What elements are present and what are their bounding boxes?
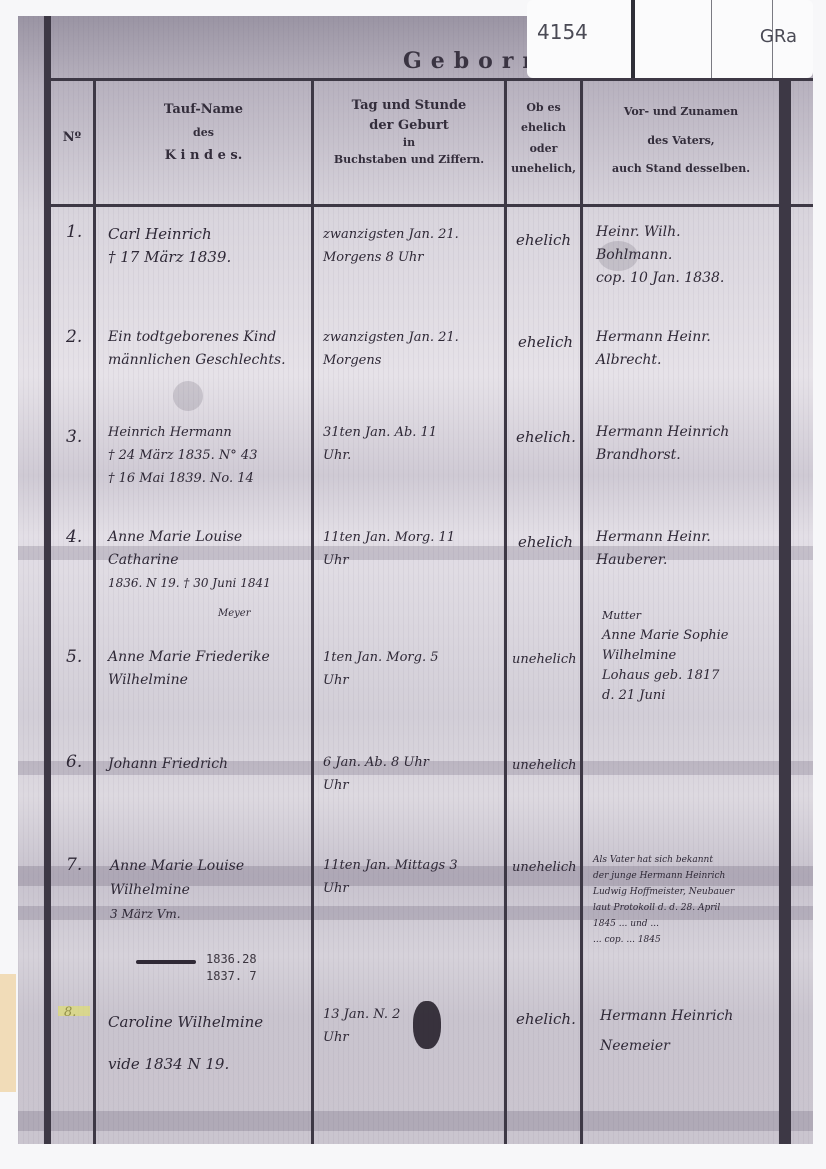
- child-name: Caroline Wilhelmine vide 1834 N 19.: [108, 1001, 263, 1085]
- father-name: Hermann Heinrich Brandhorst.: [596, 421, 729, 467]
- header-child-name: Tauf-Name des K i n d e s.: [96, 98, 311, 168]
- father-acknowledgement: Als Vater hat sich bekannt der junge Her…: [593, 852, 734, 948]
- header-bottom-rule: [51, 204, 813, 207]
- highlighter-mark: [58, 1006, 90, 1016]
- entry-number: 4.: [66, 526, 82, 549]
- label-divider: [711, 0, 712, 78]
- archive-label: 4154 GRa: [527, 0, 813, 78]
- legitimacy: ehelich: [518, 531, 573, 554]
- header-birth-date: Tag und Stunde der Geburt in Buchstaben …: [314, 96, 504, 168]
- child-name: Anne Marie Louise Wilhelmine 3 März Vm.: [110, 854, 244, 926]
- legitimacy: ehelich: [516, 229, 571, 252]
- entry-number: 1.: [66, 221, 82, 244]
- birth-date: 31ten Jan. Ab. 11 Uhr.: [323, 421, 437, 467]
- mother-name: Mutter Anne Marie Sophie Wilhelmine Loha…: [602, 606, 729, 706]
- entry-number: 6.: [66, 751, 82, 774]
- outer-rule-left: [44, 16, 51, 1144]
- column-rule: [93, 80, 96, 1144]
- entry-number: 2.: [66, 326, 82, 349]
- outer-rule-right: [779, 78, 791, 1144]
- shadow-band: [18, 1111, 813, 1131]
- birth-date: zwanzigsten Jan. 21. Morgens: [323, 326, 459, 372]
- father-name: Hermann Heinr. Albrecht.: [596, 326, 711, 372]
- birth-date: 6 Jan. Ab. 8 Uhr Uhr: [323, 751, 429, 797]
- child-name: Carl Heinrich † 17 März 1839.: [108, 223, 231, 269]
- child-name-note: Meyer: [218, 606, 251, 621]
- header-legitimacy: Ob es ehelich oder unehelich,: [507, 98, 580, 179]
- entry-number: 3.: [66, 426, 82, 449]
- child-name: Anne Marie Friederike Wilhelmine: [108, 646, 270, 692]
- archive-code: GRa: [760, 26, 797, 47]
- birth-date: zwanzigsten Jan. 21. Morgens 8 Uhr: [323, 223, 459, 269]
- entry-number: 7.: [66, 854, 82, 877]
- header-number: Nº: [51, 128, 93, 148]
- header-rule: [51, 78, 813, 81]
- column-rule: [504, 80, 507, 1144]
- strikethrough: [136, 960, 196, 964]
- paper-tab: [0, 974, 16, 1092]
- ink-blot: [413, 1001, 441, 1049]
- column-rule: [311, 80, 314, 1144]
- legitimacy: unehelich: [512, 754, 576, 777]
- pencil-note: 1836.281837. 7: [206, 951, 257, 985]
- stain: [173, 381, 203, 411]
- header-father: Vor- und Zunamen des Vaters, auch Stand …: [583, 98, 779, 184]
- birth-date: 11ten Jan. Mittags 3 Uhr: [323, 854, 458, 900]
- column-rule: [580, 80, 583, 1144]
- child-name: Heinrich Hermann † 24 März 1835. N° 43 †…: [108, 421, 257, 490]
- birth-date: 11ten Jan. Morg. 11 Uhr: [323, 526, 455, 572]
- father-name: Hermann Heinr. Hauberer.: [596, 526, 711, 572]
- birth-date: 13 Jan. N. 2 Uhr: [323, 1003, 400, 1049]
- entry-number: 5.: [66, 646, 82, 669]
- father-name: Hermann Heinrich Neemeier: [600, 1001, 733, 1061]
- child-name: Ein todtgeborenes Kind männlichen Geschl…: [108, 326, 286, 372]
- register-page: Geborn... Nº Tauf-Name des K i n d e s. …: [18, 16, 813, 1144]
- legitimacy: ehelich: [518, 331, 573, 354]
- legitimacy: unehelich: [512, 856, 576, 879]
- archive-number: 4154: [537, 20, 588, 44]
- label-divider: [631, 0, 635, 78]
- legitimacy: ehelich.: [516, 426, 576, 449]
- legitimacy: ehelich.: [516, 1008, 576, 1031]
- child-name: Johann Friedrich: [108, 753, 228, 776]
- father-name: Heinr. Wilh. Bohlmann. cop. 10 Jan. 1838…: [596, 221, 724, 290]
- birth-date: 1ten Jan. Morg. 5 Uhr: [323, 646, 439, 692]
- child-name: Anne Marie Louise Catharine 1836. N 19. …: [108, 526, 271, 595]
- legitimacy: unehelich: [512, 648, 576, 671]
